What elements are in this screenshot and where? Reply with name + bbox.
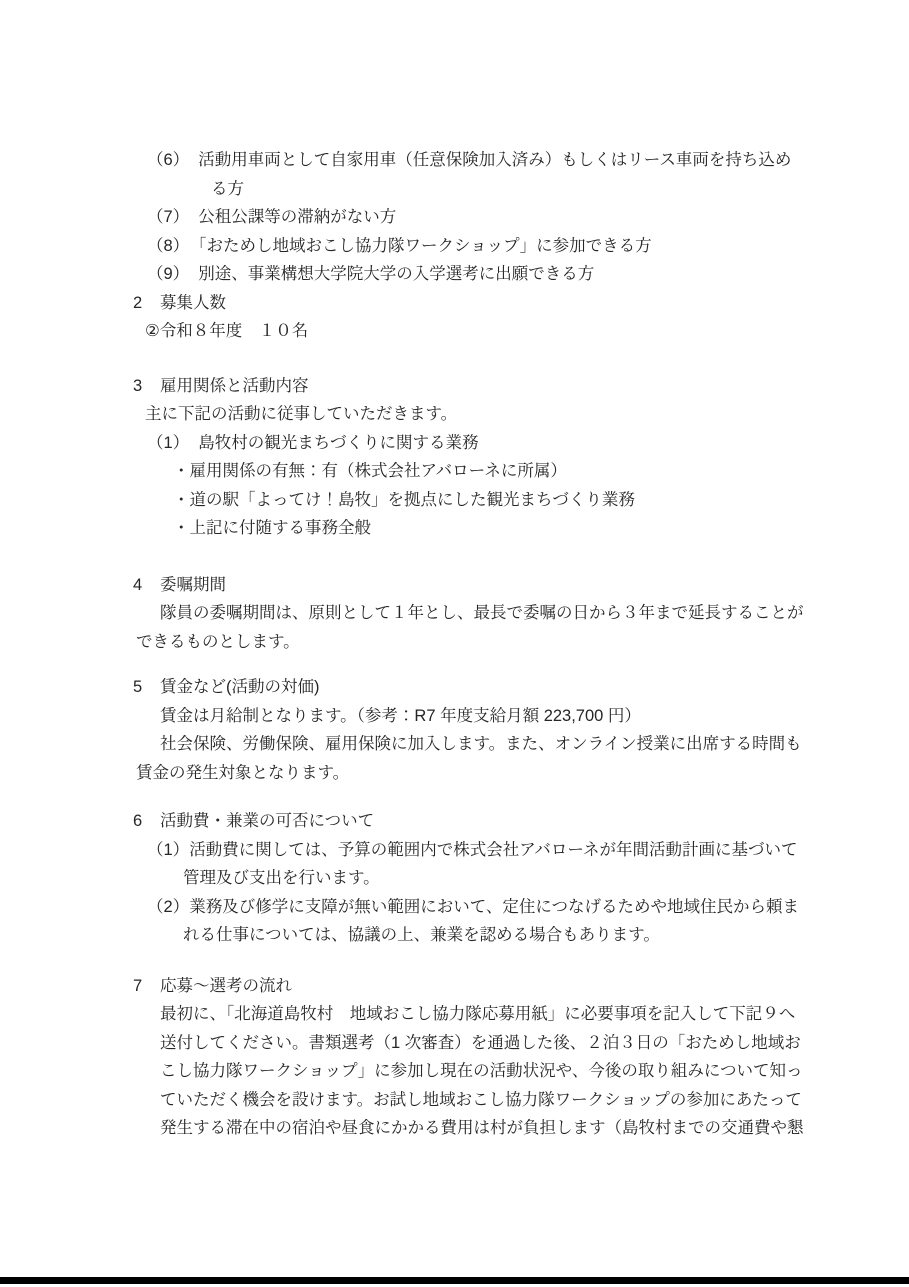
list-item: （9）別途、事業構想大学院大学の入学選考に出願できる方 (147, 260, 909, 289)
list-item-label: （1） (147, 841, 189, 859)
recruit-count-line: ②令和８年度 １０名 (145, 317, 909, 346)
list-item-text: 別途、事業構想大学院大学の入学選考に出願できる方 (198, 265, 594, 283)
paragraph-line: 送付してください。書類選考（1 次審査）を通過した後、２泊３日の「おためし地域お (160, 1029, 909, 1058)
list-item-text: 活動用車両として自家用車（任意保険加入済み）もしくはリース車両を持ち込め (198, 151, 791, 169)
paragraph-line: 主に下記の活動に従事していただきます。 (145, 400, 909, 429)
section-title: 賃金など(活動の対価) (160, 678, 320, 696)
section-heading: 5賃金など(活動の対価) (133, 673, 909, 702)
section-heading: 3雇用関係と活動内容 (133, 372, 909, 401)
list-item-label: （6） (147, 151, 189, 169)
section-title: 活動費・兼業の可否について (160, 812, 374, 830)
section-number: 5 (133, 673, 160, 702)
list-item-label: （1） (147, 434, 189, 452)
document-page: （6）活動用車両として自家用車（任意保険加入済み）もしくはリース車両を持ち込め … (133, 146, 909, 1143)
paragraph-line: 最初に、「北海道島牧村 地域おこし協力隊応募用紙」に必要事項を記入して下記９へ (160, 1000, 909, 1029)
list-item-text: 公租公課等の滞納がない方 (198, 208, 396, 226)
list-item-label: （9） (147, 265, 189, 283)
section-title: 委嘱期間 (160, 576, 226, 594)
list-item-label: （7） (147, 208, 189, 226)
list-item: （1）活動費に関しては、予算の範囲内で株式会社アバローネが年間活動計画に基づいて (147, 836, 909, 865)
list-item-text: 「おためし地域おこし協力隊ワークショップ」に参加できる方 (198, 237, 651, 255)
list-item: （7）公租公課等の滞納がない方 (147, 203, 909, 232)
paragraph-line: 隊員の委嘱期間は、原則として１年とし、最長で委嘱の日から３年まで延長することが (160, 599, 909, 628)
section-number: 4 (133, 571, 160, 600)
section-heading: 2募集人数 (133, 289, 909, 318)
section-title: 募集人数 (160, 294, 226, 312)
section-number: 7 (133, 972, 160, 1001)
list-item-continuation: る方 (211, 175, 909, 204)
list-item-text: 業務及び修学に支障が無い範囲において、定住につなげるためや地域住民から頼ま (189, 898, 799, 916)
section-number: 6 (133, 807, 160, 836)
paragraph-line: ていただく機会を設けます。お試し地域おこし協力隊ワークショップの参加にあたって (160, 1086, 909, 1115)
list-item-label: （2） (147, 898, 189, 916)
paragraph-line: 賃金の発生対象となります。 (136, 759, 909, 788)
paragraph-line: できるものとします。 (136, 628, 909, 657)
list-item: （8）「おためし地域おこし協力隊ワークショップ」に参加できる方 (147, 232, 909, 261)
section-number: 3 (133, 372, 160, 401)
paragraph-line: 賃金は月給制となります。（参考：R7 年度支給月額 223,700 円） (160, 702, 909, 731)
paragraph-line: こし協力隊ワークショップ」に参加し現在の活動状況や、今後の取り組みについて知っ (160, 1057, 909, 1086)
list-item-label: （8） (147, 237, 189, 255)
list-item: （1）島牧村の観光まちづくりに関する業務 (147, 429, 909, 458)
bullet-item: ・上記に付随する事務全般 (173, 514, 909, 543)
bullet-item: ・雇用関係の有無：有（株式会社アバローネに所属） (173, 457, 909, 486)
list-item-text: 島牧村の観光まちづくりに関する業務 (198, 434, 478, 452)
section-heading: 4委嘱期間 (133, 571, 909, 600)
bottom-edge-bar (0, 1277, 909, 1284)
section-title: 雇用関係と活動内容 (160, 377, 309, 395)
list-item-continuation: 管理及び支出を行います。 (183, 864, 909, 893)
section-heading: 7応募〜選考の流れ (133, 972, 909, 1001)
list-item-continuation: れる仕事については、協議の上、兼業を認める場合もあります。 (183, 921, 909, 950)
bullet-item: ・道の駅「よってけ！島牧」を拠点にした観光まちづくり業務 (173, 486, 909, 515)
section-title: 応募〜選考の流れ (160, 977, 292, 995)
list-item: （2）業務及び修学に支障が無い範囲において、定住につなげるためや地域住民から頼ま (147, 893, 909, 922)
list-item: （6）活動用車両として自家用車（任意保険加入済み）もしくはリース車両を持ち込め (147, 146, 909, 175)
section-number: 2 (133, 289, 160, 318)
section-heading: 6活動費・兼業の可否について (133, 807, 909, 836)
list-item-text: 活動費に関しては、予算の範囲内で株式会社アバローネが年間活動計画に基づいて (189, 841, 797, 859)
paragraph-line: 社会保険、労働保険、雇用保険に加入します。また、オンライン授業に出席する時間も (160, 730, 909, 759)
paragraph-line: 発生する滞在中の宿泊や昼食にかかる費用は村が負担します（島牧村までの交通費や懇 (160, 1114, 909, 1143)
